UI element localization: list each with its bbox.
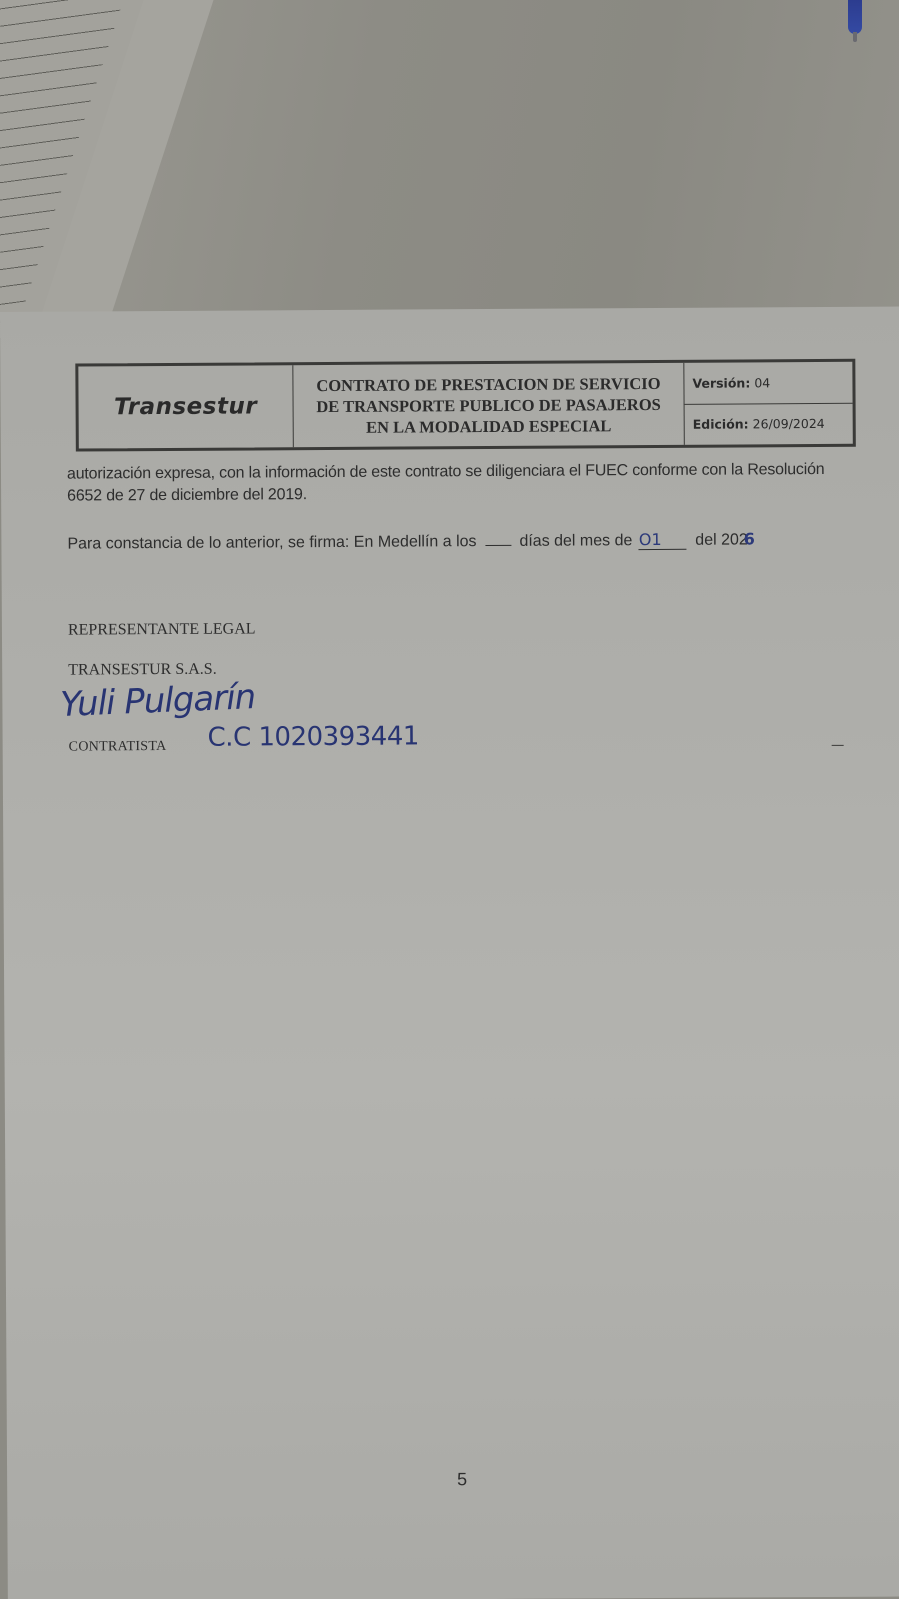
edition-label: Edición: — [693, 417, 749, 432]
day-blank — [485, 545, 511, 546]
company-logo: Transestur — [114, 393, 257, 420]
handwritten-id: C.C 1020393441 — [208, 721, 419, 752]
contractor-label: CONTRATISTA — [69, 739, 167, 756]
contract-page: Transestur CONTRATO DE PRESTACION DE SER… — [0, 307, 899, 1599]
handwritten-month: O1 — [639, 530, 687, 550]
handwritten-year-digit: 6 — [744, 529, 755, 548]
document-title: CONTRATO DE PRESTACION DE SERVICIO DE TR… — [293, 363, 684, 447]
pen-point-icon — [853, 32, 857, 42]
signing-middle: días del mes de — [519, 532, 632, 550]
version-label: Versión: — [692, 375, 750, 390]
version-row: Versión: 04 — [684, 362, 852, 404]
signing-suffix: del 202 — [695, 531, 748, 548]
pen-icon — [848, 0, 862, 34]
signing-prefix: Para constancia de lo anterior, se firma… — [67, 533, 476, 552]
dash-mark — [832, 745, 844, 746]
edition-value: 26/09/2024 — [753, 416, 825, 431]
title-line: EN LA MODALIDAD ESPECIAL — [366, 415, 611, 437]
signing-statement: Para constancia de lo anterior, se firma… — [67, 529, 857, 554]
logo-cell: Transestur — [78, 365, 293, 448]
page-number: 5 — [457, 1469, 467, 1490]
title-line: CONTRATO DE PRESTACION DE SERVICIO — [316, 372, 660, 395]
contract-paragraph: autorización expresa, con la información… — [67, 459, 837, 508]
handwritten-signature: Yuli Pulgarín — [60, 677, 256, 725]
company-name: TRANSESTUR S.A.S. — [68, 661, 217, 680]
representative-label: REPRESENTANTE LEGAL — [68, 620, 256, 639]
title-line: DE TRANSPORTE PUBLICO DE PASAJEROS — [316, 393, 661, 416]
document-header: Transestur CONTRATO DE PRESTACION DE SER… — [75, 359, 856, 452]
document-meta: Versión: 04 Edición: 26/09/2024 — [684, 362, 852, 445]
edition-row: Edición: 26/09/2024 — [685, 402, 853, 445]
version-value: 04 — [754, 375, 770, 390]
